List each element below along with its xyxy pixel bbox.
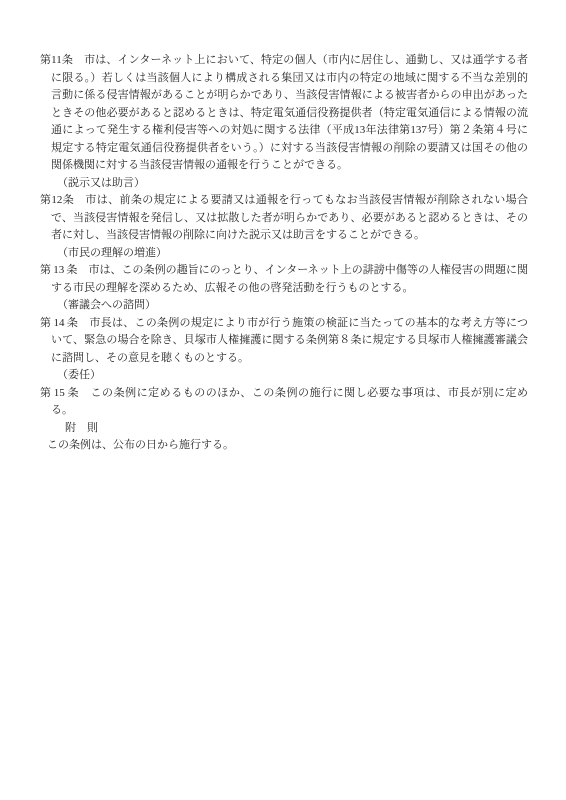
article-14-heading: （審議会への諮問） xyxy=(40,297,528,315)
article-14: 第 14 条 市長は、この条例の規定により市が行う施策の検証に当たっての基本的な… xyxy=(40,315,528,368)
ordinance-body: 第11条 市は、インターネット上において、特定の個人（市内に居住し、通勤し、又は… xyxy=(40,52,528,455)
supplementary-provisions-label: 附 則 xyxy=(40,420,528,438)
document-page: 第11条 市は、インターネット上において、特定の個人（市内に居住し、通勤し、又は… xyxy=(0,0,566,800)
article-15-heading: （委任） xyxy=(40,367,528,385)
article-12-heading: （説示又は助言） xyxy=(40,175,528,193)
article-11: 第11条 市は、インターネット上において、特定の個人（市内に居住し、通勤し、又は… xyxy=(40,52,528,175)
supplementary-provisions-text: この条例は、公布の日から施行する。 xyxy=(40,437,528,455)
article-15: 第 15 条 この条例に定めるもののほか、この条例の施行に関し必要な事項は、市長… xyxy=(40,385,528,420)
article-13-heading: （市民の理解の増進） xyxy=(40,245,528,263)
article-12: 第12条 市は、前条の規定による要請又は通報を行ってもなお当該侵害情報が削除され… xyxy=(40,192,528,245)
article-13: 第 13 条 市は、この条例の趣旨にのっとり、インターネット上の誹謗中傷等の人権… xyxy=(40,262,528,297)
